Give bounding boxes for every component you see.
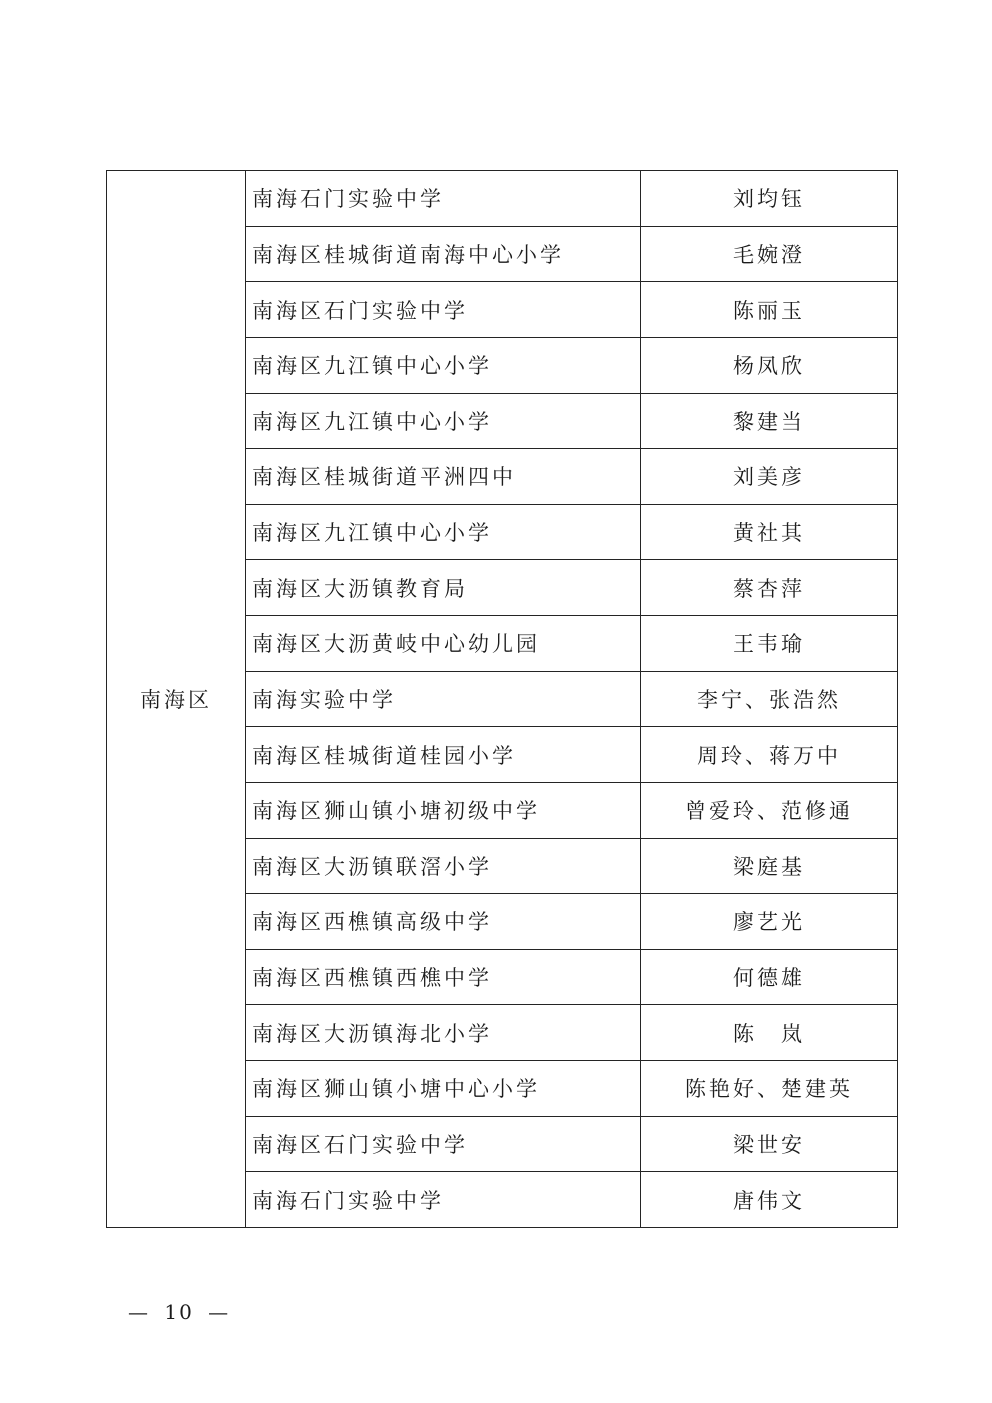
page-number: — 10 — [128,1300,230,1324]
school-cell: 南海区狮山镇小塘中心小学 [246,1061,641,1117]
name-cell: 陈 岚 [641,1005,898,1061]
school-cell: 南海区桂城街道桂园小学 [246,727,641,783]
school-cell: 南海石门实验中学 [246,1172,641,1228]
school-cell: 南海石门实验中学 [246,171,641,227]
school-cell: 南海区石门实验中学 [246,1116,641,1172]
school-cell: 南海区大沥镇海北小学 [246,1005,641,1061]
school-cell: 南海区九江镇中心小学 [246,393,641,449]
name-cell: 廖艺光 [641,894,898,950]
name-cell: 蔡杏萍 [641,560,898,616]
name-cell: 刘美彦 [641,449,898,505]
name-cell: 李宁、张浩然 [641,671,898,727]
district-cell: 南海区 [107,171,246,1228]
name-cell: 曾爱玲、范修通 [641,782,898,838]
school-cell: 南海区西樵镇西樵中学 [246,949,641,1005]
name-cell: 周玲、蒋万中 [641,727,898,783]
name-cell: 黎建当 [641,393,898,449]
school-cell: 南海区桂城街道南海中心小学 [246,226,641,282]
name-cell: 刘均钰 [641,171,898,227]
name-cell: 陈丽玉 [641,282,898,338]
school-cell: 南海区西樵镇高级中学 [246,894,641,950]
school-cell: 南海区狮山镇小塘初级中学 [246,782,641,838]
name-cell: 梁世安 [641,1116,898,1172]
name-cell: 陈艳好、楚建英 [641,1061,898,1117]
name-cell: 毛婉澄 [641,226,898,282]
school-cell: 南海区大沥镇联滘小学 [246,838,641,894]
school-cell: 南海区大沥镇教育局 [246,560,641,616]
name-cell: 何德雄 [641,949,898,1005]
school-cell: 南海区大沥黄岐中心幼儿园 [246,616,641,672]
school-cell: 南海实验中学 [246,671,641,727]
school-cell: 南海区九江镇中心小学 [246,337,641,393]
name-cell: 唐伟文 [641,1172,898,1228]
name-cell: 梁庭基 [641,838,898,894]
name-cell: 王韦瑜 [641,616,898,672]
name-cell: 杨凤欣 [641,337,898,393]
table-row: 南海区 南海石门实验中学 刘均钰 [107,171,898,227]
name-cell: 黄社其 [641,504,898,560]
document-page: 南海区 南海石门实验中学 刘均钰 南海区桂城街道南海中心小学 毛婉澄 南海区石门… [0,0,992,1403]
awards-table: 南海区 南海石门实验中学 刘均钰 南海区桂城街道南海中心小学 毛婉澄 南海区石门… [106,170,898,1228]
school-cell: 南海区九江镇中心小学 [246,504,641,560]
school-cell: 南海区石门实验中学 [246,282,641,338]
school-cell: 南海区桂城街道平洲四中 [246,449,641,505]
